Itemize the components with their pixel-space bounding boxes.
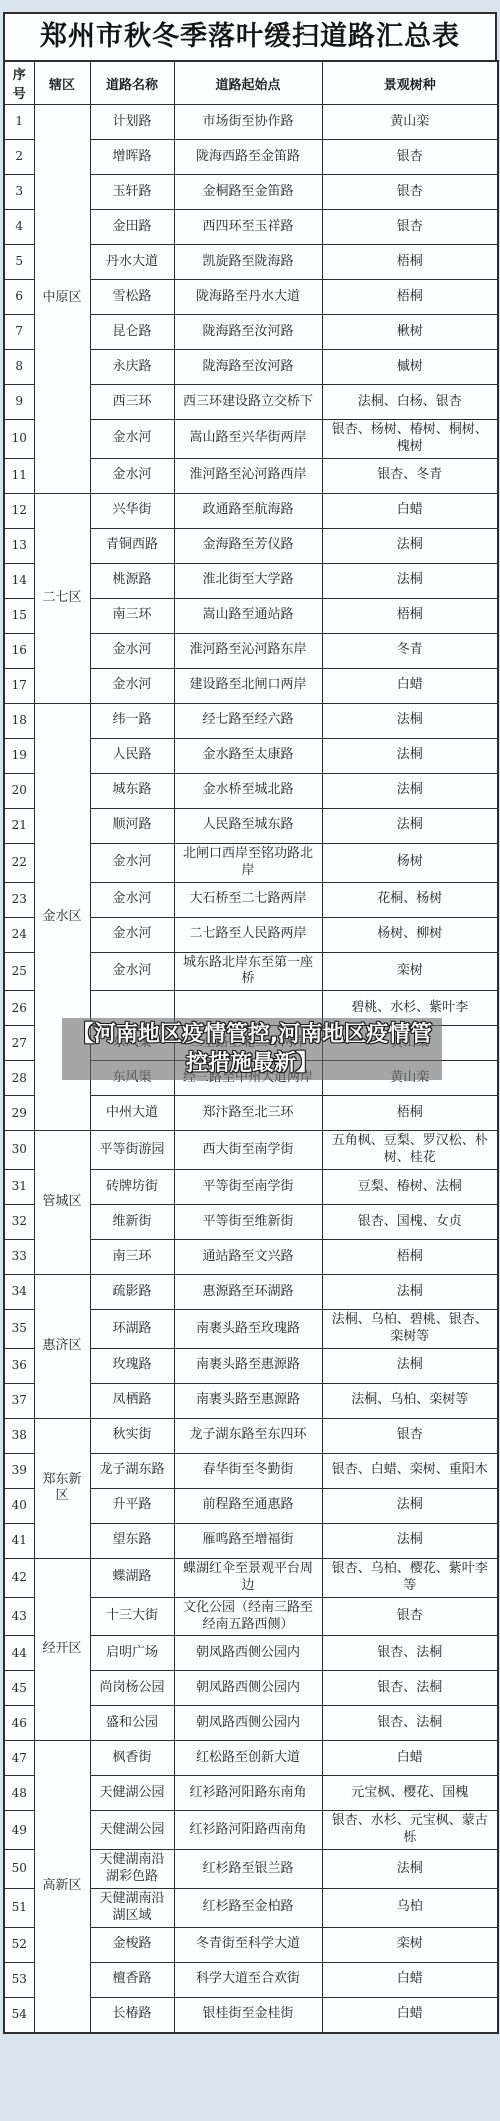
serial-cell: 11: [4, 458, 34, 493]
road-cell: 维新街: [90, 1205, 174, 1240]
serial-cell: 50: [4, 1850, 34, 1889]
road-cell: 青铜西路: [90, 528, 174, 563]
road-cell: 龙子湖东路: [90, 1453, 174, 1488]
serial-cell: 9: [4, 385, 34, 420]
road-cell: 蝶湖路: [90, 1558, 174, 1597]
trees-cell: 银杏: [322, 140, 498, 175]
serial-cell: 10: [4, 420, 34, 459]
serial-cell: 48: [4, 1776, 34, 1811]
section-cell: 文化公园（经南三路至经南五路西侧）: [174, 1597, 322, 1636]
trees-cell: 冬青: [322, 633, 498, 668]
road-cell: 天健湖南沿湖区域: [90, 1889, 174, 1928]
serial-cell: 13: [4, 528, 34, 563]
trees-cell: 元宝枫、樱花、国槐: [322, 1776, 498, 1811]
road-cell: 中州大道: [90, 1096, 174, 1131]
trees-cell: 梧桐: [322, 245, 498, 280]
section-cell: 金水路至太康路: [174, 738, 322, 773]
road-cell: 金水河: [90, 952, 174, 991]
road-cell: 计划路: [90, 105, 174, 140]
section-cell: 金桐路至金笛路: [174, 175, 322, 210]
road-cell: 疏影路: [90, 1275, 174, 1310]
serial-cell: 17: [4, 668, 34, 703]
serial-cell: 14: [4, 563, 34, 598]
trees-cell: 法桐: [322, 1850, 498, 1889]
section-cell: 嵩山路至通站路: [174, 598, 322, 633]
serial-cell: 46: [4, 1706, 34, 1741]
section-cell: 通站路至文兴路: [174, 1240, 322, 1275]
serial-cell: 34: [4, 1275, 34, 1310]
serial-cell: 7: [4, 315, 34, 350]
serial-cell: 23: [4, 882, 34, 917]
road-cell: 金水河: [90, 668, 174, 703]
section-cell: 蝶湖红伞至景观平台周边: [174, 1558, 322, 1597]
road-cell: 秋实街: [90, 1418, 174, 1453]
trees-cell: 法桐: [322, 1523, 498, 1558]
trees-cell: 银杏、乌柏、樱花、紫叶李等: [322, 1558, 498, 1597]
road-cell: 望东路: [90, 1523, 174, 1558]
trees-cell: 梧桐: [322, 1240, 498, 1275]
trees-cell: 法桐: [322, 703, 498, 738]
table-row: 42经开区蝶湖路蝶湖红伞至景观平台周边银杏、乌柏、樱花、紫叶李等: [4, 1558, 498, 1597]
road-cell: 雪松路: [90, 280, 174, 315]
road-cell: 南三环: [90, 598, 174, 633]
road-cell: 天健湖公园: [90, 1811, 174, 1850]
table-row: 47高新区枫香街红松路至创新大道白蜡: [4, 1741, 498, 1776]
section-cell: 三全路至北三环两岸: [174, 1026, 322, 1061]
section-cell: 南裹头路至惠源路: [174, 1383, 322, 1418]
serial-cell: 39: [4, 1453, 34, 1488]
table-row: 18金水区纬一路经七路至经六路法桐: [4, 703, 498, 738]
section-cell: 市场街至协作路: [174, 105, 322, 140]
col-header-district: 辖区: [34, 61, 90, 105]
serial-cell: 2: [4, 140, 34, 175]
trees-cell: 银杏、法桐: [322, 1671, 498, 1706]
trees-cell: 法桐: [322, 563, 498, 598]
trees-cell: 杨树: [322, 843, 498, 882]
trees-cell: 五角枫、豆梨、罗汉松、朴树、桂花: [322, 1131, 498, 1170]
trees-cell: 槭树: [322, 350, 498, 385]
trees-cell: 白蜡: [322, 1741, 498, 1776]
trees-cell: 梧桐: [322, 280, 498, 315]
road-cell: 天健湖公园: [90, 1776, 174, 1811]
district-cell: 金水区: [34, 703, 90, 1131]
serial-cell: 27: [4, 1026, 34, 1061]
section-cell: 前程路至通惠路: [174, 1488, 322, 1523]
section-cell: 红衫路河阳路东南角: [174, 1776, 322, 1811]
section-cell: 龙子湖东路至东四环: [174, 1418, 322, 1453]
trees-cell: 白蜡: [322, 1962, 498, 1997]
trees-cell: 白蜡: [322, 493, 498, 528]
table-row: 30管城区平等街游园西大街至南学街五角枫、豆梨、罗汉松、朴树、桂花: [4, 1131, 498, 1170]
section-cell: [174, 991, 322, 1026]
serial-cell: 3: [4, 175, 34, 210]
road-cell: 启明广场: [90, 1636, 174, 1671]
trees-cell: 银杏: [322, 1597, 498, 1636]
road-cell: 增晖路: [90, 140, 174, 175]
trees-cell: 银杏: [322, 1418, 498, 1453]
serial-cell: 36: [4, 1348, 34, 1383]
section-cell: 陇海路至汝河路: [174, 350, 322, 385]
section-cell: 二七路至人民路两岸: [174, 917, 322, 952]
trees-cell: 梧桐: [322, 598, 498, 633]
trees-cell: 法桐: [322, 528, 498, 563]
serial-cell: 25: [4, 952, 34, 991]
trees-cell: 法桐、白杨、银杏: [322, 385, 498, 420]
trees-cell: 白蜡: [322, 668, 498, 703]
section-cell: 南裹头路至玫瑰路: [174, 1310, 322, 1349]
road-cell: 平等街游园: [90, 1131, 174, 1170]
trees-cell: 豆梨、椿树、法桐: [322, 1170, 498, 1205]
serial-cell: 43: [4, 1597, 34, 1636]
serial-cell: 19: [4, 738, 34, 773]
section-cell: 陇海西路至金笛路: [174, 140, 322, 175]
serial-cell: 16: [4, 633, 34, 668]
trees-cell: 银杏、水杉、元宝枫、蒙古栎: [322, 1811, 498, 1850]
serial-cell: 42: [4, 1558, 34, 1597]
serial-cell: 49: [4, 1811, 34, 1850]
road-cell: 金水河: [90, 843, 174, 882]
trees-cell: 碧桃、水杉、紫叶李: [322, 991, 498, 1026]
table-row: 1中原区计划路市场街至协作路黄山栾: [4, 105, 498, 140]
trees-cell: 银杏、国槐、女贞: [322, 1205, 498, 1240]
trees-cell: 法桐: [322, 1488, 498, 1523]
serial-cell: 38: [4, 1418, 34, 1453]
road-cell: 金水河: [90, 917, 174, 952]
serial-cell: 44: [4, 1636, 34, 1671]
road-cell: 桃源路: [90, 563, 174, 598]
section-cell: 郑汴路至北三环: [174, 1096, 322, 1131]
section-cell: 陇海路至丹水大道: [174, 280, 322, 315]
section-cell: 政通路至航海路: [174, 493, 322, 528]
section-cell: 红杉路至金柏路: [174, 1889, 322, 1928]
road-cell: 十三大街: [90, 1597, 174, 1636]
roads-table: 序号 辖区 道路名称 道路起始点 景观树种 1中原区计划路市场街至协作路黄山栾2…: [3, 60, 499, 2034]
table-row: 38郑东新区秋实街龙子湖东路至东四环银杏: [4, 1418, 498, 1453]
serial-cell: 29: [4, 1096, 34, 1131]
section-cell: 北闸口西岸至铭功路北岸: [174, 843, 322, 882]
district-cell: 中原区: [34, 105, 90, 494]
serial-cell: 47: [4, 1741, 34, 1776]
section-cell: 建设路至北闸口两岸: [174, 668, 322, 703]
section-cell: 雁鸣路至增福街: [174, 1523, 322, 1558]
serial-cell: 28: [4, 1061, 34, 1096]
section-cell: 经七路至经六路: [174, 703, 322, 738]
trees-cell: 白蜡: [322, 1997, 498, 2033]
serial-cell: 35: [4, 1310, 34, 1349]
col-header-section: 道路起始点: [174, 61, 322, 105]
col-header-serial: 序号: [4, 61, 34, 105]
serial-cell: 32: [4, 1205, 34, 1240]
trees-cell: 法桐: [322, 1275, 498, 1310]
section-cell: 淮河路至沁河路东岸: [174, 633, 322, 668]
table-row: 34惠济区疏影路惠源路至环湖路法桐: [4, 1275, 498, 1310]
serial-cell: 20: [4, 773, 34, 808]
serial-cell: 54: [4, 1997, 34, 2033]
page-title: 郑州市秋冬季落叶缓扫道路汇总表: [3, 12, 497, 60]
road-cell: 玉轩路: [90, 175, 174, 210]
col-header-road: 道路名称: [90, 61, 174, 105]
trees-cell: 黄山栾: [322, 1061, 498, 1096]
section-cell: 陇海路至汝河路: [174, 315, 322, 350]
road-cell: 永庆路: [90, 350, 174, 385]
road-cell: 盛和公园: [90, 1706, 174, 1741]
serial-cell: 15: [4, 598, 34, 633]
road-cell: 人民路: [90, 738, 174, 773]
trees-cell: 银杏、杨树、椿树、桐树、槐树: [322, 420, 498, 459]
section-cell: 南裹头路至惠源路: [174, 1348, 322, 1383]
road-cell: 南三环: [90, 1240, 174, 1275]
col-header-trees: 景观树种: [322, 61, 498, 105]
road-cell: 城东路: [90, 773, 174, 808]
section-cell: 平等街至维新街: [174, 1205, 322, 1240]
road-cell: 兴华街: [90, 493, 174, 528]
section-cell: 银桂街至金桂街: [174, 1997, 322, 2033]
serial-cell: 30: [4, 1131, 34, 1170]
district-cell: 惠济区: [34, 1275, 90, 1419]
serial-cell: 4: [4, 210, 34, 245]
road-cell: 金水河: [90, 633, 174, 668]
serial-cell: 52: [4, 1927, 34, 1962]
serial-cell: 6: [4, 280, 34, 315]
serial-cell: 1: [4, 105, 34, 140]
road-cell: 檀香路: [90, 1962, 174, 1997]
road-cell: 尚岗杨公园: [90, 1671, 174, 1706]
trees-cell: 法桐、乌柏、栾树等: [322, 1383, 498, 1418]
serial-cell: 22: [4, 843, 34, 882]
section-cell: 春华街至冬勤街: [174, 1453, 322, 1488]
trees-cell: 楸树: [322, 315, 498, 350]
serial-cell: 21: [4, 808, 34, 843]
section-cell: 城东路北岸东至第一座桥: [174, 952, 322, 991]
trees-cell: 栾树: [322, 952, 498, 991]
road-cell: 金田路: [90, 210, 174, 245]
serial-cell: 40: [4, 1488, 34, 1523]
district-cell: 郑东新区: [34, 1418, 90, 1558]
section-cell: 西三环建设路立交桥下: [174, 385, 322, 420]
serial-cell: 12: [4, 493, 34, 528]
road-cell: 升平路: [90, 1488, 174, 1523]
section-cell: 凯旋路至陇海路: [174, 245, 322, 280]
page: { "title": "郑州市秋冬季落叶缓扫道路汇总表", "watermark…: [0, 0, 500, 2121]
district-cell: 高新区: [34, 1741, 90, 2033]
trees-cell: 杨树、柳树: [322, 917, 498, 952]
road-cell: 砖牌坊街: [90, 1170, 174, 1205]
section-cell: 金海路至芳仪路: [174, 528, 322, 563]
district-cell: 二七区: [34, 493, 90, 703]
serial-cell: 5: [4, 245, 34, 280]
road-cell: 凤栖路: [90, 1383, 174, 1418]
trees-cell: 黄山栾: [322, 105, 498, 140]
road-cell: 枫香街: [90, 1741, 174, 1776]
section-cell: 大石桥至二七路两岸: [174, 882, 322, 917]
road-cell: 顺河路: [90, 808, 174, 843]
section-cell: 冬青街至科学大道: [174, 1927, 322, 1962]
road-cell: 纬一路: [90, 703, 174, 738]
serial-cell: 31: [4, 1170, 34, 1205]
section-cell: 淮河路至沁河路西岸: [174, 458, 322, 493]
serial-cell: 45: [4, 1671, 34, 1706]
trees-cell: 黄山栾: [322, 1026, 498, 1061]
road-cell: 天健湖南沿湖彩色路: [90, 1850, 174, 1889]
trees-cell: 梧桐: [322, 1096, 498, 1131]
road-cell: 昆仑路: [90, 315, 174, 350]
serial-cell: 53: [4, 1962, 34, 1997]
section-cell: 朝凤路西侧公园内: [174, 1636, 322, 1671]
trees-cell: 银杏、法桐: [322, 1706, 498, 1741]
section-cell: 淮北街至大学路: [174, 563, 322, 598]
table-row: 12二七区兴华街政通路至航海路白蜡: [4, 493, 498, 528]
trees-cell: 法桐、乌柏、碧桃、银杏、栾树等: [322, 1310, 498, 1349]
section-cell: 嵩山路至兴华街两岸: [174, 420, 322, 459]
road-cell: 金梭路: [90, 1927, 174, 1962]
road-cell: 金水河: [90, 882, 174, 917]
header-row: 序号 辖区 道路名称 道路起始点 景观树种: [4, 61, 498, 105]
serial-cell: 33: [4, 1240, 34, 1275]
section-cell: 人民路至城东路: [174, 808, 322, 843]
section-cell: 惠源路至环湖路: [174, 1275, 322, 1310]
road-cell: 东风渠: [90, 1026, 174, 1061]
trees-cell: 银杏、法桐: [322, 1636, 498, 1671]
serial-cell: 37: [4, 1383, 34, 1418]
trees-cell: 银杏、白蜡、栾树、重阳木: [322, 1453, 498, 1488]
road-cell: 长椿路: [90, 1997, 174, 2033]
section-cell: 西大街至南学街: [174, 1131, 322, 1170]
serial-cell: 26: [4, 991, 34, 1026]
road-cell: 丹水大道: [90, 245, 174, 280]
serial-cell: 41: [4, 1523, 34, 1558]
section-cell: 经三路至中州大道两岸: [174, 1061, 322, 1096]
section-cell: 红松路至创新大道: [174, 1741, 322, 1776]
section-cell: 西四环至玉祥路: [174, 210, 322, 245]
serial-cell: 18: [4, 703, 34, 738]
district-cell: 管城区: [34, 1131, 90, 1275]
section-cell: 朝凤路西侧公园内: [174, 1671, 322, 1706]
trees-cell: 栾树: [322, 1927, 498, 1962]
trees-cell: 花桐、杨树: [322, 882, 498, 917]
section-cell: 红衫路河阳路西南角: [174, 1811, 322, 1850]
section-cell: 金水桥至城北路: [174, 773, 322, 808]
district-cell: 经开区: [34, 1558, 90, 1741]
serial-cell: 8: [4, 350, 34, 385]
road-cell: [90, 991, 174, 1026]
road-cell: 金水河: [90, 458, 174, 493]
trees-cell: 银杏: [322, 175, 498, 210]
section-cell: 红杉路至银兰路: [174, 1850, 322, 1889]
trees-cell: 乌柏: [322, 1889, 498, 1928]
road-cell: 环湖路: [90, 1310, 174, 1349]
road-cell: 玫瑰路: [90, 1348, 174, 1383]
section-cell: 朝凤路西侧公园内: [174, 1706, 322, 1741]
road-cell: 西三环: [90, 385, 174, 420]
section-cell: 科学大道至合欢街: [174, 1962, 322, 1997]
section-cell: 平等街至南学街: [174, 1170, 322, 1205]
trees-cell: 银杏、冬青: [322, 458, 498, 493]
trees-cell: 法桐: [322, 773, 498, 808]
document: 郑州市秋冬季落叶缓扫道路汇总表 序号 辖区 道路名称 道路起始点 景观树种 1中…: [3, 12, 497, 2034]
serial-cell: 51: [4, 1889, 34, 1928]
trees-cell: 法桐: [322, 738, 498, 773]
road-cell: 金水河: [90, 420, 174, 459]
trees-cell: 法桐: [322, 1348, 498, 1383]
serial-cell: 24: [4, 917, 34, 952]
trees-cell: 法桐: [322, 808, 498, 843]
road-cell: 东风渠: [90, 1061, 174, 1096]
trees-cell: 银杏: [322, 210, 498, 245]
